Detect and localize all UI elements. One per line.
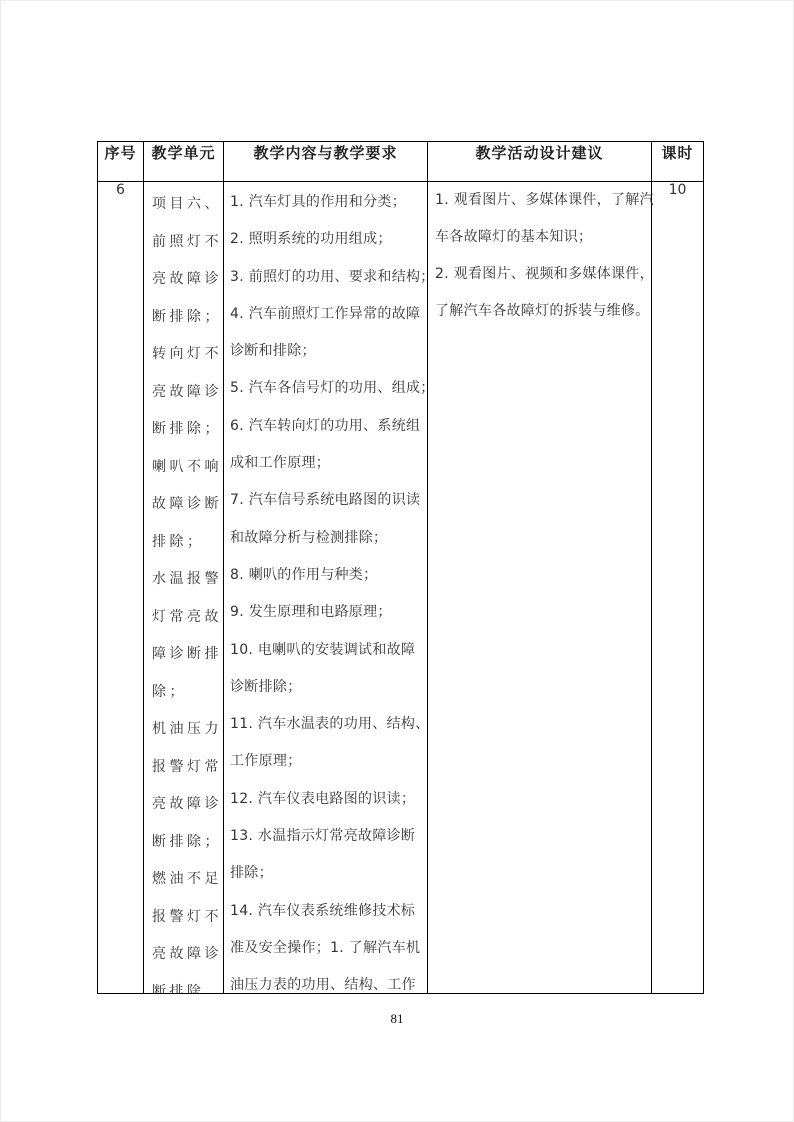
activity-suggestion-line: 1. 观看图片、多媒体课件，了解汽 <box>435 182 651 219</box>
header-cell-serial: 序号 <box>98 142 144 182</box>
page-number: 81 <box>0 1011 794 1027</box>
teaching-unit-line: 亮故障诊 <box>152 374 218 412</box>
teaching-content-line: 12. 汽车仪表电路图的识读； <box>230 781 425 818</box>
teaching-content-line: 准及安全操作；1. 了解汽车机 <box>230 930 425 967</box>
activity-suggestions-text: 1. 观看图片、多媒体课件，了解汽车各故障灯的基本知识；2. 观看图片、视频和多… <box>428 182 651 330</box>
teaching-content-line: 6. 汽车转向灯的功用、系统组 <box>230 408 425 445</box>
teaching-unit-line: 断排除； <box>152 299 218 337</box>
teaching-content-line: 10. 电喇叭的安装调试和故障 <box>230 632 425 669</box>
teaching-unit-line: 报警灯不 <box>152 899 218 937</box>
teaching-unit-line: 断排除； <box>152 824 218 862</box>
teaching-unit-line: 项目六、 <box>152 186 218 224</box>
teaching-content-line: 8. 喇叭的作用与种类； <box>230 557 425 594</box>
header-cell-activity: 教学活动设计建议 <box>428 142 652 182</box>
header-cell-unit: 教学单元 <box>144 142 224 182</box>
teaching-content-text: 1. 汽车灯具的作用和分类；2. 照明系统的功用组成；3. 前照灯的功用、要求和… <box>224 182 427 993</box>
header-cell-hours: 课时 <box>652 142 704 182</box>
teaching-unit-line: 转向灯不 <box>152 336 218 374</box>
teaching-unit-line: 报警灯常 <box>152 749 218 787</box>
header-cell-content: 教学内容与教学要求 <box>224 142 428 182</box>
teaching-unit-line: 故障诊断 <box>152 486 218 524</box>
teaching-unit-line: 前照灯不 <box>152 224 218 262</box>
teaching-unit-line: 机油压力 <box>152 711 218 749</box>
teaching-unit-line: 喇叭不响 <box>152 449 218 487</box>
teaching-content-line: 排除； <box>230 855 425 892</box>
activity-suggestion-line: 了解汽车各故障灯的拆装与维修。 <box>435 293 651 330</box>
teaching-unit-line: 障诊断排 <box>152 636 218 674</box>
teaching-content-line: 3. 前照灯的功用、要求和结构； <box>230 259 425 296</box>
table-row: 6 项目六、前照灯不亮故障诊断排除；转向灯不亮故障诊断排除；喇叭不响故障诊断排除… <box>98 182 704 994</box>
teaching-unit-line: 排除； <box>152 524 218 562</box>
teaching-unit-line: 亮故障诊 <box>152 936 218 974</box>
document-page: 序号 教学单元 教学内容与教学要求 教学活动设计建议 课时 6 项目六、前照灯不… <box>0 0 794 1122</box>
teaching-unit-line: 灯常亮故 <box>152 599 218 637</box>
teaching-unit-line: 断排除 <box>152 974 218 994</box>
teaching-content-line: 2. 照明系统的功用组成； <box>230 221 425 258</box>
cell-class-hours: 10 <box>652 182 704 994</box>
teaching-content-line: 9. 发生原理和电路原理； <box>230 594 425 631</box>
teaching-content-line: 诊断排除； <box>230 669 425 706</box>
teaching-unit-line: 除； <box>152 674 218 712</box>
teaching-unit-line: 燃油不足 <box>152 861 218 899</box>
teaching-unit-line: 断排除； <box>152 411 218 449</box>
teaching-content-line: 工作原理； <box>230 743 425 780</box>
teaching-content-line: 5. 汽车各信号灯的功用、组成； <box>230 370 425 407</box>
teaching-content-line: 和故障分析与检测排除； <box>230 520 425 557</box>
cell-serial-number: 6 <box>98 182 144 994</box>
teaching-content-line: 1. 汽车灯具的作用和分类； <box>230 184 425 221</box>
teaching-unit-line: 亮故障诊 <box>152 786 218 824</box>
teaching-content-line: 4. 汽车前照灯工作异常的故障 <box>230 296 425 333</box>
teaching-plan-table: 序号 教学单元 教学内容与教学要求 教学活动设计建议 课时 6 项目六、前照灯不… <box>97 141 704 994</box>
table-header-row: 序号 教学单元 教学内容与教学要求 教学活动设计建议 课时 <box>98 142 704 182</box>
activity-suggestion-line: 2. 观看图片、视频和多媒体课件， <box>435 256 651 293</box>
cell-teaching-unit: 项目六、前照灯不亮故障诊断排除；转向灯不亮故障诊断排除；喇叭不响故障诊断排除；水… <box>144 182 224 994</box>
teaching-content-line: 诊断和排除； <box>230 333 425 370</box>
teaching-unit-text: 项目六、前照灯不亮故障诊断排除；转向灯不亮故障诊断排除；喇叭不响故障诊断排除；水… <box>144 182 223 993</box>
teaching-unit-line: 亮故障诊 <box>152 261 218 299</box>
teaching-unit-line: 水温报警 <box>152 561 218 599</box>
teaching-content-line: 13. 水温指示灯常亮故障诊断 <box>230 818 425 855</box>
activity-suggestion-line: 车各故障灯的基本知识； <box>435 219 651 256</box>
teaching-content-line: 7. 汽车信号系统电路图的识读 <box>230 482 425 519</box>
teaching-content-line: 油压力表的功用、结构、工作 <box>230 967 425 993</box>
cell-activity-suggestions: 1. 观看图片、多媒体课件，了解汽车各故障灯的基本知识；2. 观看图片、视频和多… <box>428 182 652 994</box>
teaching-content-line: 成和工作原理； <box>230 445 425 482</box>
teaching-content-line: 14. 汽车仪表系统维修技术标 <box>230 893 425 930</box>
cell-teaching-content: 1. 汽车灯具的作用和分类；2. 照明系统的功用组成；3. 前照灯的功用、要求和… <box>224 182 428 994</box>
teaching-content-line: 11. 汽车水温表的功用、结构、 <box>230 706 425 743</box>
